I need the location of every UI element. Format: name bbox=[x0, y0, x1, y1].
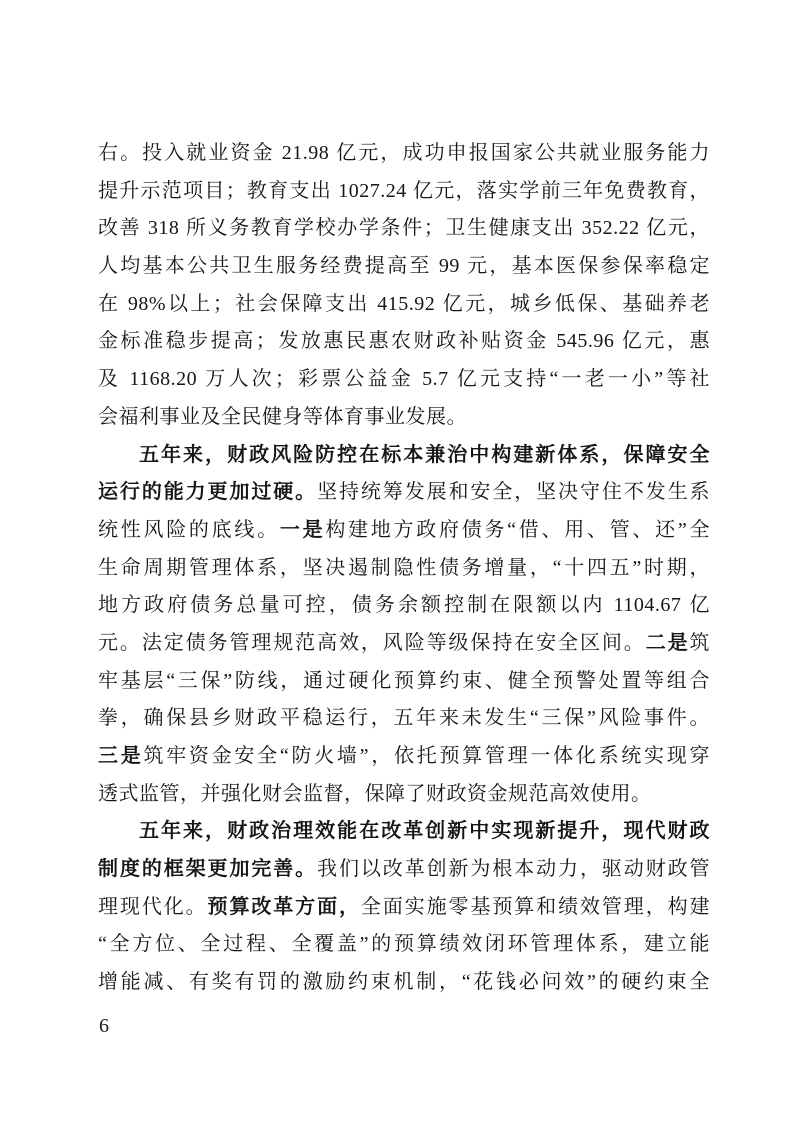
body-text: 筑 bbox=[690, 632, 710, 654]
text-line: 三是筑牢资金安全“防火墙”，依托预算管理一体化系统实现穿 bbox=[98, 738, 710, 776]
text-line: 运行的能力更加过硬。坚持统筹发展和安全，坚决守住不发生系 bbox=[98, 474, 710, 512]
body-text: 改善 318 所义务教育学校办学条件；卫生健康支出 352.22 亿元， bbox=[98, 217, 710, 239]
body-text: 理现代化。 bbox=[98, 896, 208, 918]
text-line: 五年来，财政风险防控在标本兼治中构建新体系，保障安全 bbox=[98, 437, 710, 475]
risk-prevention-paragraph: 五年来，财政风险防控在标本兼治中构建新体系，保障安全运行的能力更加过硬。坚持统筹… bbox=[98, 437, 710, 814]
text-line: 生命周期管理体系，坚决遏制隐性债务增量，“十四五”时期， bbox=[98, 550, 710, 588]
bold-text: 一是 bbox=[280, 519, 325, 541]
body-text: 牢基层“三保”防线，通过硬化预算约束、健全预警处置等组合 bbox=[98, 670, 710, 692]
text-line: 地方政府债务总量可控，债务余额控制在限额以内 1104.67 亿 bbox=[98, 587, 710, 625]
text-line: 会福利事业及全民健身等体育事业发展。 bbox=[98, 399, 710, 437]
text-line: 牢基层“三保”防线，通过硬化预算约束、健全预警处置等组合 bbox=[98, 663, 710, 701]
text-line: 五年来，财政治理效能在改革创新中实现新提升，现代财政 bbox=[98, 813, 710, 851]
body-text: 透式监管，并强化财会监督，保障了财政资金规范高效使用。 bbox=[98, 783, 652, 805]
body-text: “全方位、全过程、全覆盖”的预算绩效闭环管理体系，建立能 bbox=[98, 933, 710, 955]
text-line: 拳，确保县乡财政平稳运行，五年来未发生“三保”风险事件。 bbox=[98, 700, 710, 738]
text-line: 提升示范项目；教育支出 1027.24 亿元，落实学前三年免费教育， bbox=[98, 173, 710, 211]
bold-text: 五年来，财政风险防控在标本兼治中构建新体系，保障安全 bbox=[139, 444, 710, 466]
text-line: 右。投入就业资金 21.98 亿元，成功申报国家公共就业服务能力 bbox=[98, 135, 710, 173]
text-line: 在 98%以上；社会保障支出 415.92 亿元，城乡低保、基础养老 bbox=[98, 286, 710, 324]
text-line: “全方位、全过程、全覆盖”的预算绩效闭环管理体系，建立能 bbox=[98, 926, 710, 964]
text-line: 增能减、有奖有罚的激励约束机制，“花钱必问效”的硬约束全 bbox=[98, 964, 710, 1002]
body-text: 筑牢资金安全“防火墙”，依托预算管理一体化系统实现穿 bbox=[143, 745, 710, 767]
body-text: 会福利事业及全民健身等体育事业发展。 bbox=[98, 406, 467, 428]
text-line: 及 1168.20 万人次；彩票公益金 5.7 亿元支持“一老一小”等社 bbox=[98, 361, 710, 399]
body-text: 生命周期管理体系，坚决遏制隐性债务增量，“十四五”时期， bbox=[98, 557, 710, 579]
bold-text: 二是 bbox=[646, 632, 690, 654]
body-text: 及 1168.20 万人次；彩票公益金 5.7 亿元支持“一老一小”等社 bbox=[98, 368, 710, 390]
body-text: 全面实施零基预算和绩效管理，构建 bbox=[361, 896, 710, 918]
bold-text: 制度的框架更加完善。 bbox=[98, 858, 317, 880]
body-text: 在 98%以上；社会保障支出 415.92 亿元，城乡低保、基础养老 bbox=[98, 293, 710, 315]
text-line: 金标准稳步提高；发放惠民惠农财政补贴资金 545.96 亿元，惠 bbox=[98, 323, 710, 361]
body-text: 人均基本公共卫生服务经费提高至 99 元，基本医保参保率稳定 bbox=[98, 255, 710, 277]
document-page: 右。投入就业资金 21.98 亿元，成功申报国家公共就业服务能力提升示范项目；教… bbox=[0, 0, 793, 1122]
body-text: 增能减、有奖有罚的激励约束机制，“花钱必问效”的硬约束全 bbox=[98, 971, 710, 993]
body-text: 提升示范项目；教育支出 1027.24 亿元，落实学前三年免费教育， bbox=[98, 180, 710, 202]
text-line: 透式监管，并强化财会监督，保障了财政资金规范高效使用。 bbox=[98, 776, 710, 814]
text-line: 元。法定债务管理规范高效，风险等级保持在安全区间。二是筑 bbox=[98, 625, 710, 663]
text-line: 人均基本公共卫生服务经费提高至 99 元，基本医保参保率稳定 bbox=[98, 248, 710, 286]
body-text: 金标准稳步提高；发放惠民惠农财政补贴资金 545.96 亿元，惠 bbox=[98, 330, 710, 352]
body-text: 坚持统筹发展和安全，坚决守住不发生系 bbox=[317, 481, 710, 503]
bold-text: 五年来，财政治理效能在改革创新中实现新提升，现代财政 bbox=[139, 820, 710, 842]
text-line: 制度的框架更加完善。我们以改革创新为根本动力，驱动财政管 bbox=[98, 851, 710, 889]
body-text: 统性风险的底线。 bbox=[98, 519, 280, 541]
text-line: 改善 318 所义务教育学校办学条件；卫生健康支出 352.22 亿元， bbox=[98, 210, 710, 248]
governance-reform-paragraph: 五年来，财政治理效能在改革创新中实现新提升，现代财政制度的框架更加完善。我们以改… bbox=[98, 813, 710, 1001]
body-text: 元。法定债务管理规范高效，风险等级保持在安全区间。 bbox=[98, 632, 646, 654]
bold-text: 运行的能力更加过硬。 bbox=[98, 481, 317, 503]
document-body: 右。投入就业资金 21.98 亿元，成功申报国家公共就业服务能力提升示范项目；教… bbox=[98, 135, 710, 1002]
body-text: 拳，确保县乡财政平稳运行，五年来未发生“三保”风险事件。 bbox=[98, 707, 710, 729]
page-number: 6 bbox=[99, 1013, 109, 1039]
text-line: 统性风险的底线。一是构建地方政府债务“借、用、管、还”全 bbox=[98, 512, 710, 550]
body-text: 构建地方政府债务“借、用、管、还”全 bbox=[325, 519, 710, 541]
text-line: 理现代化。预算改革方面，全面实施零基预算和绩效管理，构建 bbox=[98, 889, 710, 927]
bold-text: 预算改革方面， bbox=[208, 896, 361, 918]
body-text: 我们以改革创新为根本动力，驱动财政管 bbox=[317, 858, 710, 880]
bold-text: 三是 bbox=[98, 745, 143, 767]
continuation-paragraph: 右。投入就业资金 21.98 亿元，成功申报国家公共就业服务能力提升示范项目；教… bbox=[98, 135, 710, 437]
body-text: 地方政府债务总量可控，债务余额控制在限额以内 1104.67 亿 bbox=[98, 594, 710, 616]
body-text: 右。投入就业资金 21.98 亿元，成功申报国家公共就业服务能力 bbox=[98, 142, 710, 164]
